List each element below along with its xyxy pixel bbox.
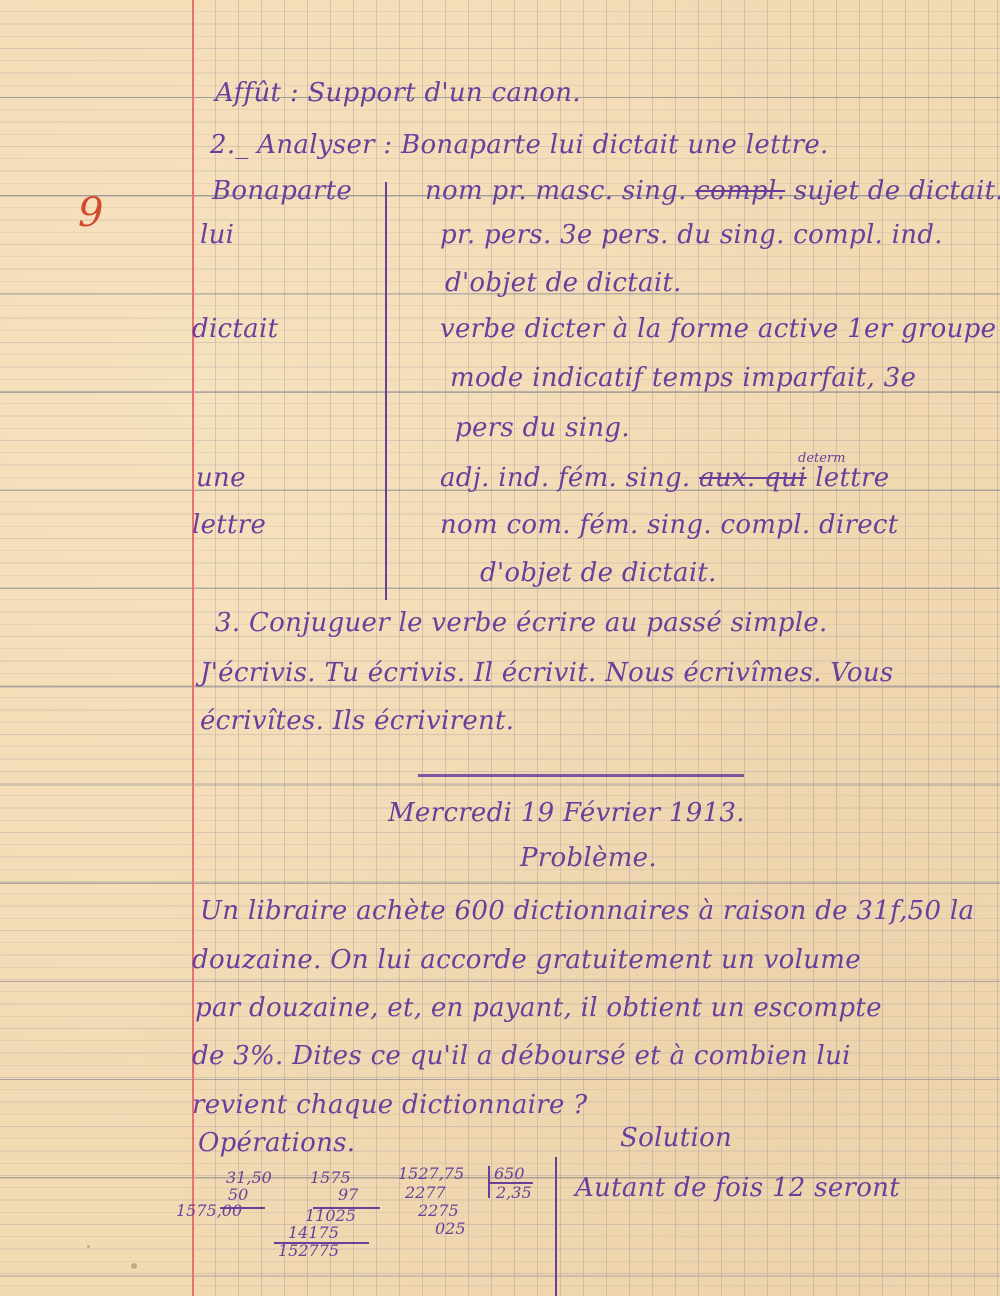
op-step: 2277 [405, 1185, 446, 1201]
solution-label: Solution [620, 1125, 732, 1151]
section-separator [418, 774, 744, 777]
exercise2-heading: 2._ Analyser : Bonaparte lui dictait une… [210, 132, 829, 158]
op-result: 1575,00 [176, 1203, 242, 1219]
paper-stain [131, 1263, 137, 1269]
operations-solution-divider [555, 1157, 557, 1296]
grade-mark: 9 [78, 190, 103, 236]
op-number: 11025 [305, 1208, 356, 1224]
op-number: 14175 [288, 1225, 339, 1241]
op-result: 152775 [278, 1243, 339, 1259]
problem-line: par douzaine, et, en payant, il obtient … [195, 995, 882, 1021]
paper-stain [87, 1245, 90, 1248]
solution-line: Autant de fois 12 seront [575, 1175, 900, 1201]
analysis-word: une [196, 465, 246, 491]
analysis-text: nom pr. masc. sing. [425, 176, 687, 206]
op-number: 97 [338, 1187, 358, 1203]
analysis-desc: nom pr. masc. sing. compl. sujet de dict… [425, 178, 1000, 204]
analysis-word: lettre [192, 512, 266, 538]
conjugation-line: J'écrivis. Tu écrivis. Il écrivit. Nous … [200, 660, 894, 686]
analysis-word: Bonaparte [212, 178, 352, 204]
analysis-desc: d'objet de dictait. [480, 560, 717, 586]
problem-line: de 3%. Dites ce qu'il a déboursé et à co… [192, 1043, 851, 1069]
struck-text: aux. qui [699, 463, 807, 493]
op-number: 1575 [310, 1170, 351, 1186]
operations-label: Opérations. [198, 1130, 355, 1156]
analysis-desc: verbe dicter à la forme active 1er group… [440, 316, 996, 342]
op-number: 31,50 [226, 1170, 272, 1186]
problem-line: revient chaque dictionnaire ? [192, 1092, 587, 1118]
op-quotient: 2,35 [496, 1185, 532, 1201]
op-step: 2275 [418, 1203, 459, 1219]
op-step: 025 [435, 1221, 466, 1237]
op-dividend: 1527,75 [398, 1166, 464, 1182]
date-header: Mercredi 19 Février 1913. [388, 800, 745, 826]
exercise3-heading: 3. Conjuguer le verbe écrire au passé si… [215, 610, 828, 636]
analysis-word: lui [200, 222, 234, 248]
notebook-page: 9 Affût : Support d'un canon. 2._ Analys… [0, 0, 1000, 1296]
struck-text: compl. [695, 176, 785, 206]
analysis-desc: d'objet de dictait. [445, 270, 682, 296]
analysis-word: dictait [192, 316, 278, 342]
definition-line: Affût : Support d'un canon. [215, 80, 581, 106]
analysis-desc: mode indicatif temps imparfait, 3e [450, 365, 916, 391]
problem-line: Un libraire achète 600 dictionnaires à r… [200, 898, 974, 924]
analysis-desc: pers du sing. [455, 415, 630, 441]
analysis-desc: pr. pers. 3e pers. du sing. compl. ind. [440, 222, 943, 248]
analysis-text: lettre [815, 463, 889, 493]
analysis-desc: adj. ind. fém. sing. aux. qui lettre [440, 465, 889, 491]
analysis-text: adj. ind. fém. sing. [440, 463, 690, 493]
analysis-desc: nom com. fém. sing. compl. direct [440, 512, 899, 538]
conjugation-line: écrivîtes. Ils écrivirent. [200, 708, 514, 734]
problem-title: Problème. [520, 845, 657, 871]
analysis-text: sujet de dictait. [794, 176, 1000, 206]
analysis-column-divider [385, 182, 387, 600]
op-divisor: 650 [494, 1166, 525, 1182]
problem-line: douzaine. On lui accorde gratuitement un… [192, 947, 861, 973]
